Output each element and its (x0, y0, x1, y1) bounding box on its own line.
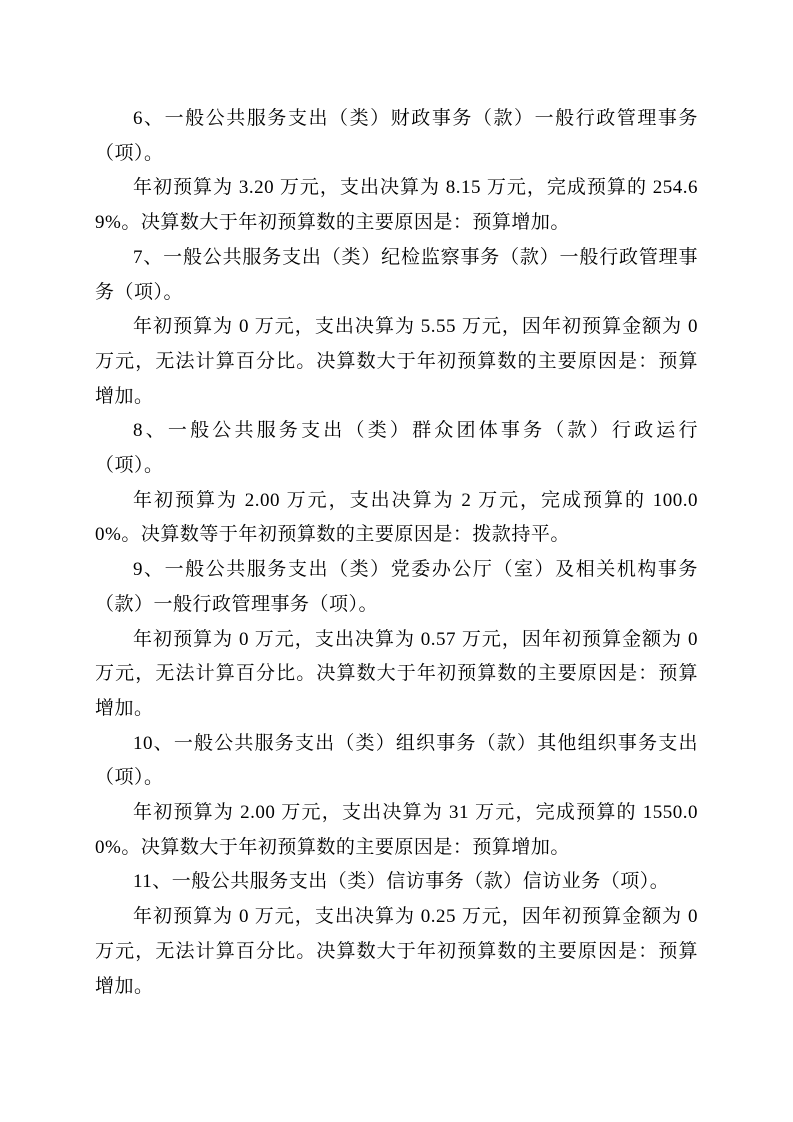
item-7-body: 年初预算为 0 万元，支出决算为 5.55 万元，因年初预算金额为 0 万元，无… (95, 310, 698, 414)
item-6-body: 年初预算为 3.20 万元，支出决算为 8.15 万元，完成预算的 254.69… (95, 171, 698, 240)
item-11-body: 年初预算为 0 万元，支出决算为 0.25 万元，因年初预算金额为 0 万元，无… (95, 900, 698, 1004)
item-8-heading: 8、一般公共服务支出（类）群众团体事务（款）行政运行（项）。 (95, 414, 698, 483)
item-11-heading: 11、一般公共服务支出（类）信访事务（款）信访业务（项）。 (95, 865, 698, 900)
item-8-body: 年初预算为 2.00 万元，支出决算为 2 万元，完成预算的 100.00%。决… (95, 484, 698, 553)
item-9-heading: 9、一般公共服务支出（类）党委办公厅（室）及相关机构事务（款）一般行政管理事务（… (95, 553, 698, 622)
document-content: 6、一般公共服务支出（类）财政事务（款）一般行政管理事务（项）。 年初预算为 3… (95, 102, 698, 1004)
item-9-body: 年初预算为 0 万元，支出决算为 0.57 万元，因年初预算金额为 0 万元，无… (95, 623, 698, 727)
item-6-heading: 6、一般公共服务支出（类）财政事务（款）一般行政管理事务（项）。 (95, 102, 698, 171)
item-7-heading: 7、一般公共服务支出（类）纪检监察事务（款）一般行政管理事务（项）。 (95, 241, 698, 310)
document-page: 6、一般公共服务支出（类）财政事务（款）一般行政管理事务（项）。 年初预算为 3… (0, 0, 793, 1122)
item-10-body: 年初预算为 2.00 万元，支出决算为 31 万元，完成预算的 1550.00%… (95, 796, 698, 865)
item-10-heading: 10、一般公共服务支出（类）组织事务（款）其他组织事务支出（项）。 (95, 727, 698, 796)
